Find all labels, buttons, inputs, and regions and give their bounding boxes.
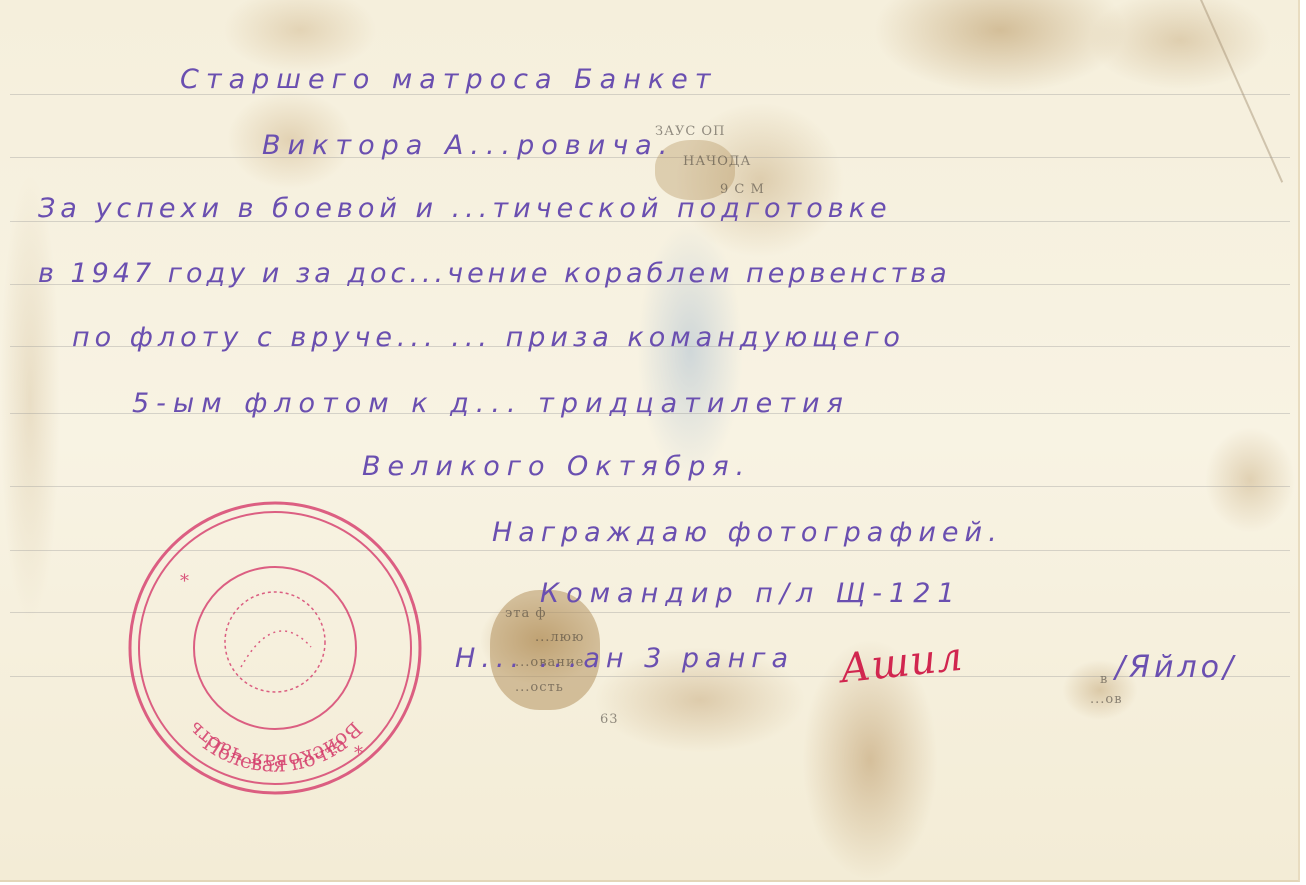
printed-fragment: в: [1100, 672, 1108, 687]
inscription-line-award: Награждаю фотографией.: [492, 517, 1003, 548]
inscription-line-name: Виктора А...ровича.: [262, 130, 674, 161]
paper-crease: [1200, 0, 1283, 183]
photo-card-back: ЗАУС ОП НАЧОДА 9 С М эта ф ...люю ...ова…: [0, 0, 1300, 882]
inscription-line-commander: Командир п/л Щ-121: [540, 578, 962, 609]
inscription-line-achievement: За успехи в боевой и ...тической подгото…: [38, 193, 892, 224]
inscription-line-prize: по флоту с вруче... ... приза командующе…: [72, 322, 905, 353]
inscription-line-rank: Н... ...ан 3 ранга: [455, 643, 794, 674]
commander-signature: Ашил: [838, 634, 966, 693]
printed-fragment: 63: [600, 712, 619, 727]
commander-name: /Яйло/: [1115, 650, 1237, 685]
inscription-line-rank-surname: Старшего матроса Банкет: [180, 64, 718, 95]
printed-fragment: ...ость: [515, 680, 564, 695]
inscription-line-year: в 1947 году и за дос...чение кораблем пе…: [38, 258, 951, 289]
printed-fragment: ...ов: [1090, 692, 1123, 707]
inscription-line-october: Великого Октября.: [362, 451, 751, 482]
inscription-line-fleet: 5-ым флотом к д... тридцатилетия: [132, 388, 850, 419]
printed-fragment: НАЧОДА: [683, 154, 751, 169]
ruled-line: [10, 486, 1290, 487]
stamp-star: *: [180, 571, 189, 592]
stamp-text-bottom: Полевая почта: [199, 731, 352, 777]
stamp-star: *: [354, 743, 363, 764]
military-unit-stamp: Войсковая часть Полевая почта * *: [126, 497, 424, 799]
